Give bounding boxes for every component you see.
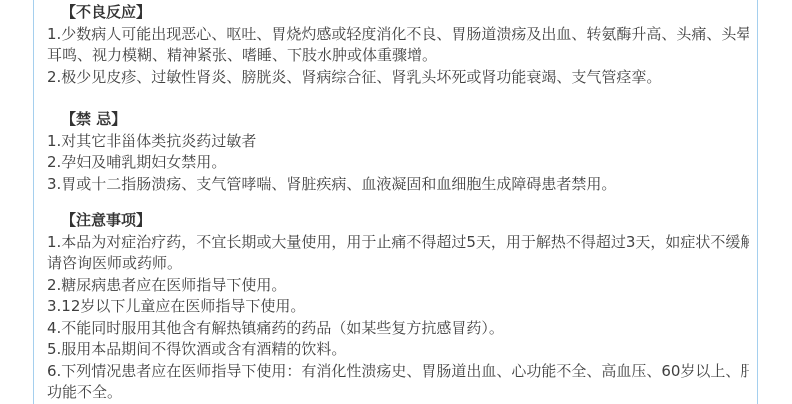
section-line: 2.极少见皮疹、过敏性肾炎、膀胱炎、肾病综合征、肾乳头坏死或肾功能衰竭、支气管痉…	[47, 67, 749, 89]
section-line: 耳鸣、视力模糊、精神紧张、嗜睡、下肢水肿或体重骤增。	[47, 45, 749, 67]
section-line: 5.服用本品期间不得饮酒或含有酒精的饮料。	[47, 339, 749, 361]
drug-section: 【注意事项】1.本品为对症治疗药，不宜长期或大量使用，用于止痛不得超过5天，用于…	[47, 210, 749, 404]
section-line: 1.对其它非甾体类抗炎药过敏者	[47, 131, 749, 153]
section-line: 1.少数病人可能出现恶心、呕吐、胃烧灼感或轻度消化不良、胃肠道溃疡及出血、转氨酶…	[47, 24, 749, 46]
drug-instruction-text: 【不良反应】1.少数病人可能出现恶心、呕吐、胃烧灼感或轻度消化不良、胃肠道溃疡及…	[34, 0, 757, 404]
section-heading: 【禁 忌】	[47, 109, 749, 131]
section-line: 6.下列情况患者应在医师指导下使用：有消化性溃疡史、胃肠道出血、心功能不全、高血…	[47, 361, 749, 383]
section-heading: 【不良反应】	[47, 2, 749, 24]
section-line: 3.12岁以下儿童应在医师指导下使用。	[47, 296, 749, 318]
section-line: 2.糖尿病患者应在医师指导下使用。	[47, 275, 749, 297]
instruction-panel: 【不良反应】1.少数病人可能出现恶心、呕吐、胃烧灼感或轻度消化不良、胃肠道溃疡及…	[33, 0, 758, 404]
section-line: 请咨询医师或药师。	[47, 253, 749, 275]
section-line: 3.胃或十二指肠溃疡、支气管哮喘、肾脏疾病、血液凝固和血细胞生成障碍患者禁用。	[47, 174, 749, 196]
section-line: 4.不能同时服用其他含有解热镇痛药的药品（如某些复方抗感冒药）。	[47, 318, 749, 340]
section-line: 功能不全。	[47, 382, 749, 404]
section-line: 2.孕妇及哺乳期妇女禁用。	[47, 152, 749, 174]
section-heading: 【注意事项】	[47, 210, 749, 232]
drug-section: 【禁 忌】1.对其它非甾体类抗炎药过敏者2.孕妇及哺乳期妇女禁用。3.胃或十二指…	[47, 109, 749, 195]
section-line: 1.本品为对症治疗药，不宜长期或大量使用，用于止痛不得超过5天，用于解热不得超过…	[47, 232, 749, 254]
drug-section: 【不良反应】1.少数病人可能出现恶心、呕吐、胃烧灼感或轻度消化不良、胃肠道溃疡及…	[47, 2, 749, 88]
